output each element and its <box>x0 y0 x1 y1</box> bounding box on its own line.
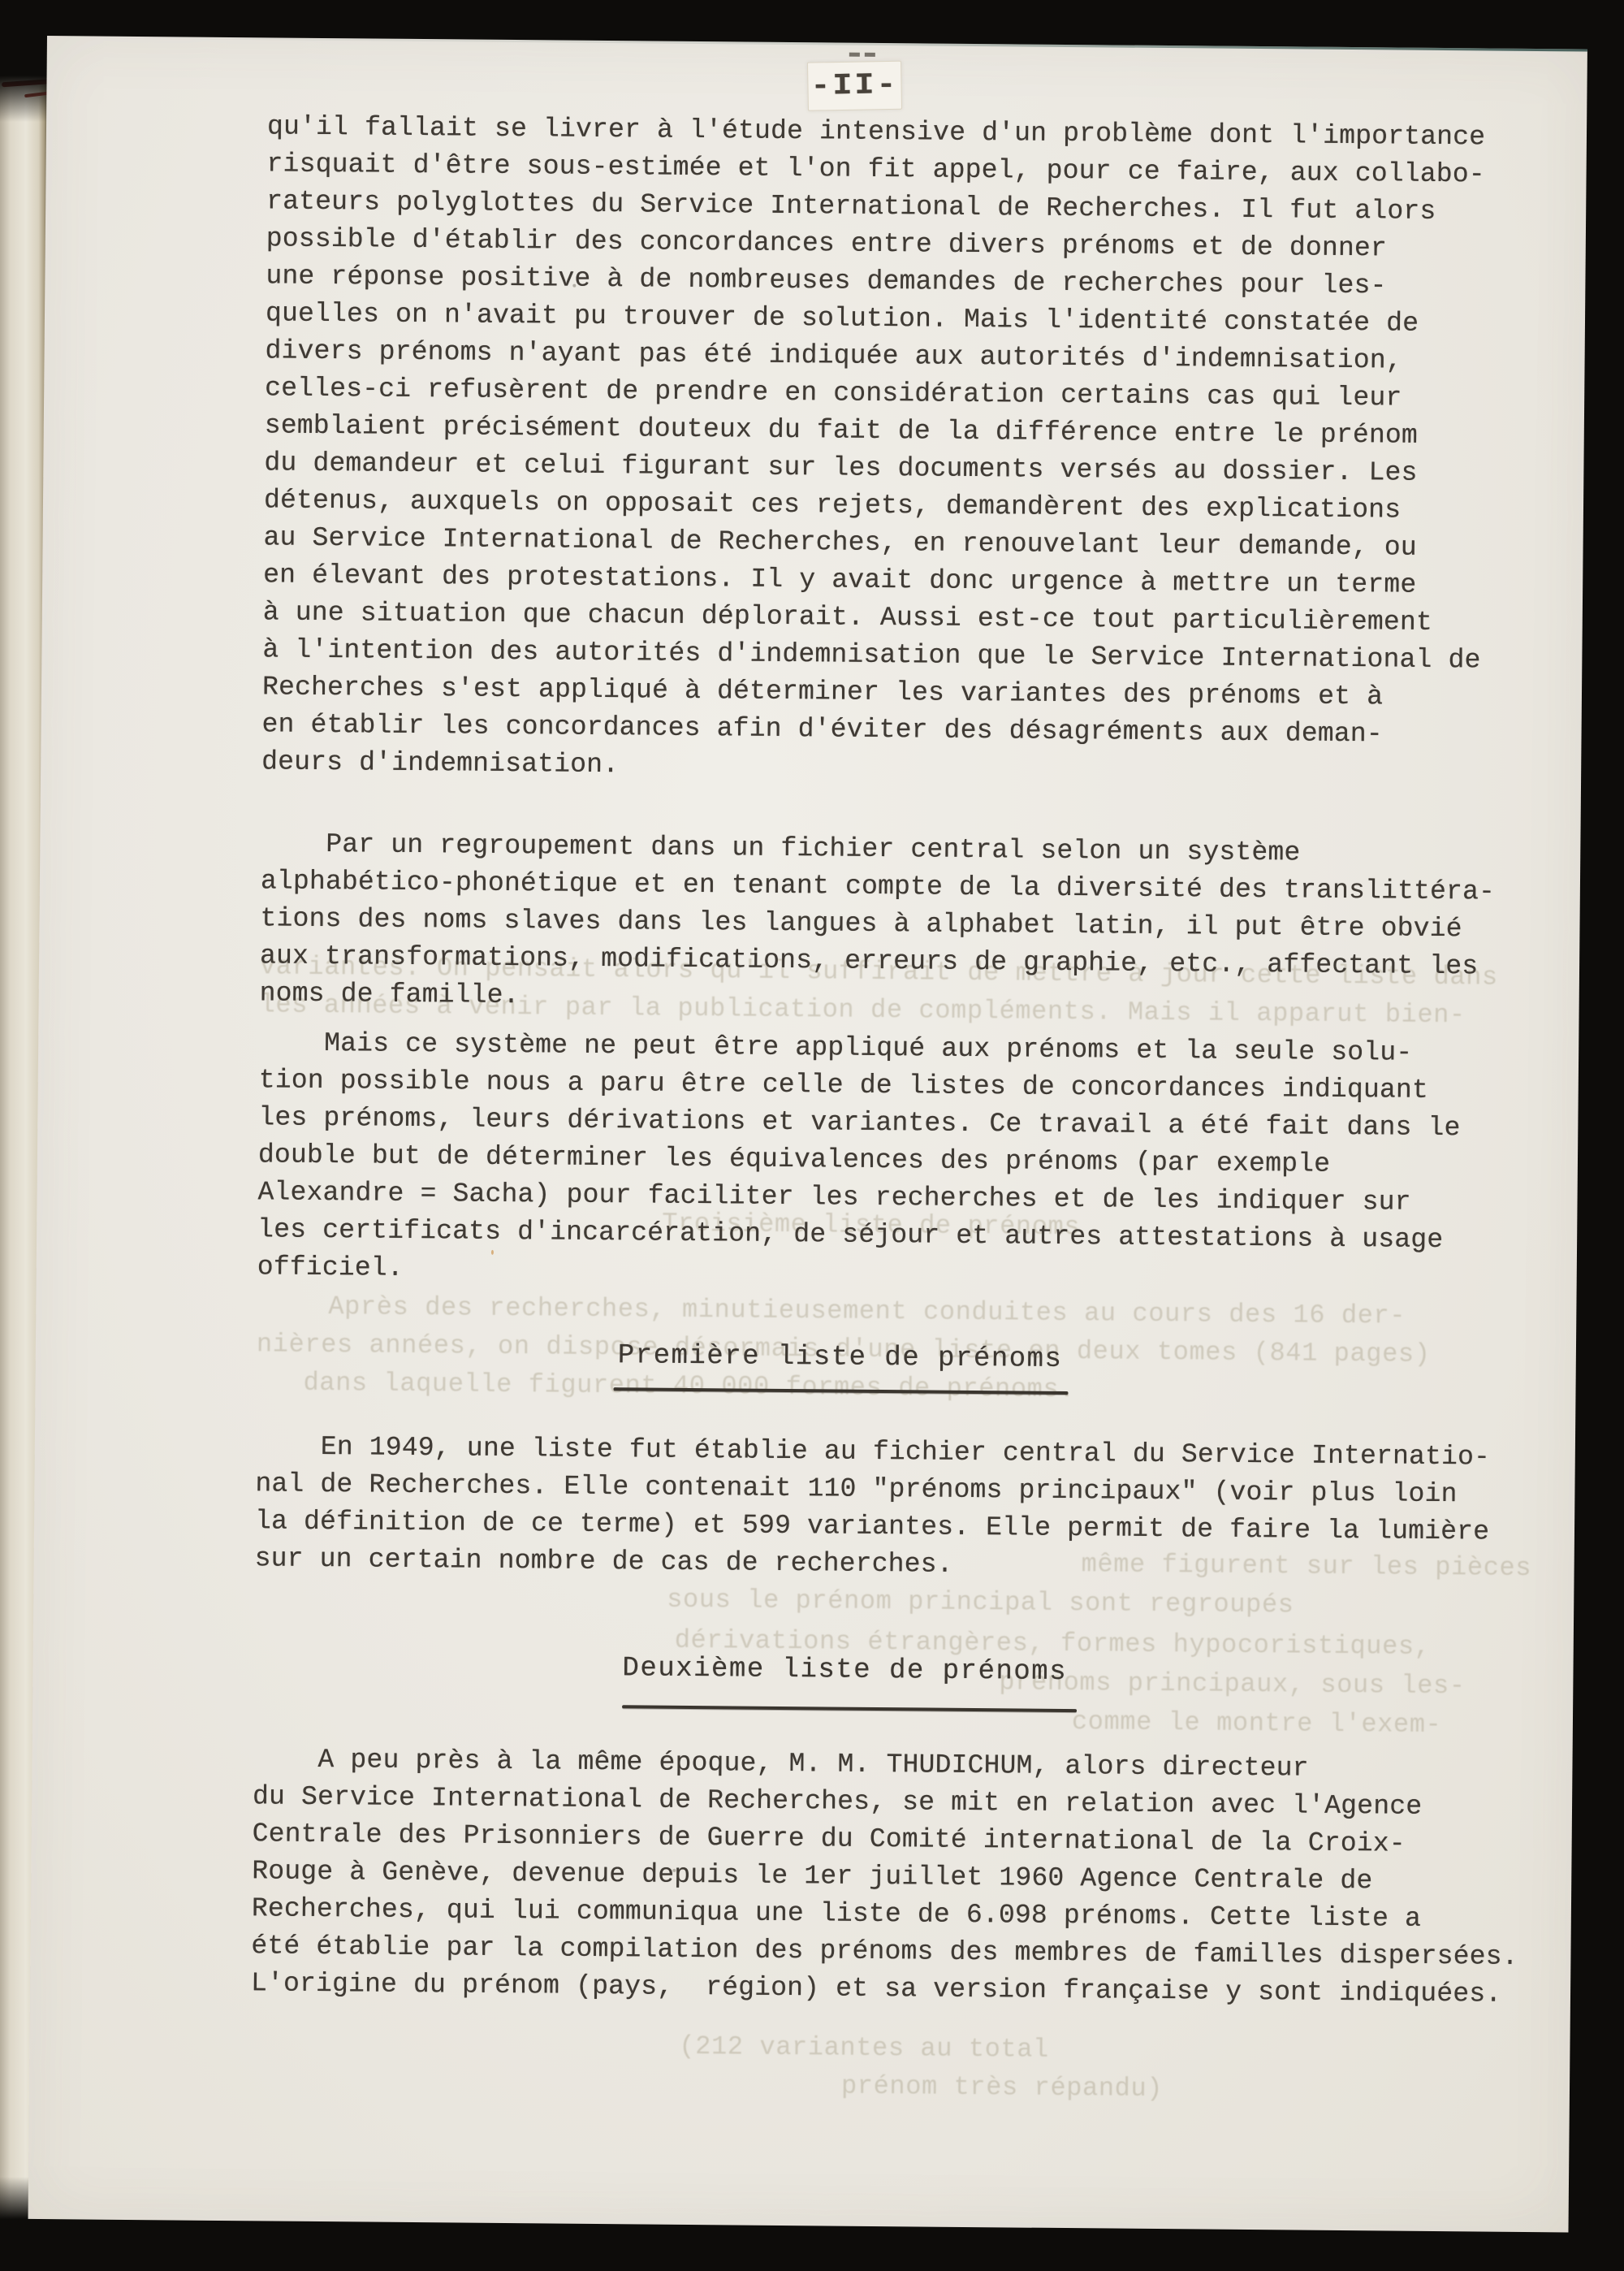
cropped-page-number-mark <box>865 53 875 57</box>
ghost-text-layer: variantes. On pensait alors qu'il suffir… <box>47 36 1587 50</box>
section-heading: Deuxième liste de prénoms <box>622 1653 1067 1688</box>
scan-speck <box>461 543 464 546</box>
paragraph: En 1949, une liste fut établie au fichie… <box>254 1428 1490 1588</box>
paragraph: A peu près à la même époque, M. M. THUDI… <box>251 1741 1520 2014</box>
ghost-text-fragment: (212 variantes au total <box>679 2031 1049 2065</box>
ghost-text-fragment: comme le montre l'exem- <box>1072 1706 1442 1740</box>
ghost-text-fragment: Après des recherches, minutieusement con… <box>328 1291 1406 1331</box>
scanned-book-photo: { "page_header": { "page_number": "-II-"… <box>0 0 1624 2271</box>
scan-speck <box>672 1869 676 1872</box>
paper-page: -II- variantes. On pensait alors qu'il s… <box>28 36 1587 2232</box>
scan-speck <box>491 1250 494 1255</box>
paragraph: Par un regroupement dans un fichier cent… <box>260 825 1496 1023</box>
section-heading: Première liste de prénoms <box>618 1340 1063 1375</box>
ghost-text-fragment: prénoms principaux, sous les- <box>999 1667 1466 1701</box>
page-number-patch: -II- <box>807 61 902 111</box>
scan-speck <box>572 284 576 288</box>
paragraph: Mais ce système ne peut être appliqué au… <box>257 1024 1462 1296</box>
heading-underline <box>622 1705 1077 1712</box>
cropped-page-number-mark <box>849 53 860 57</box>
page-number: -II- <box>810 68 899 103</box>
paragraph: qu'il fallait se livrer à l'étude intens… <box>261 108 1485 791</box>
ghost-text-fragment: sous le prénom principal sont regroupés <box>667 1585 1294 1620</box>
ghost-text-fragment: prénom très répandu) <box>841 2071 1163 2104</box>
